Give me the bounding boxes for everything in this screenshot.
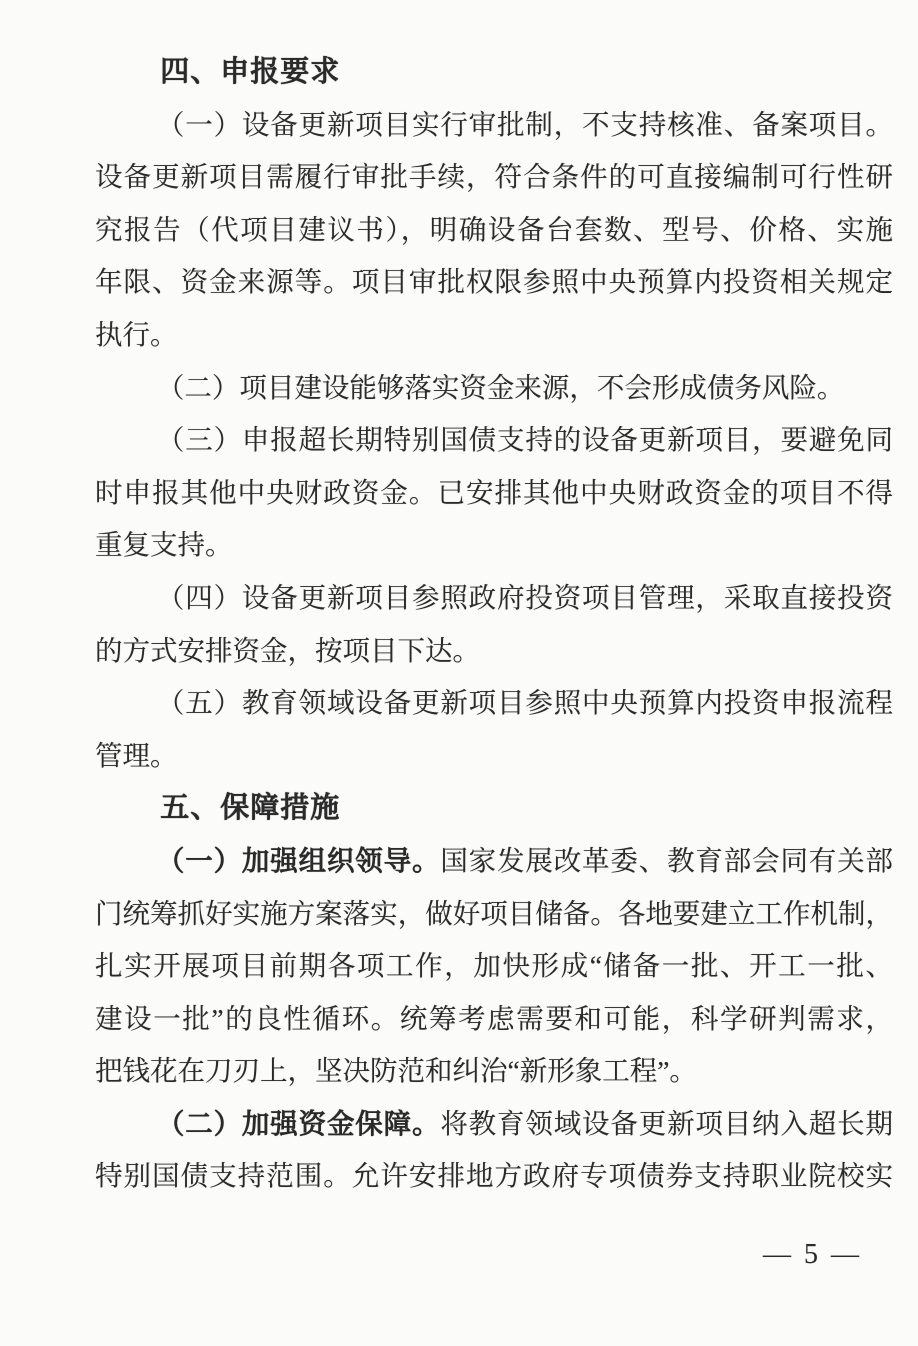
text-line: 扎实开展项目前期各项工作，加快形成“储备一批、开工一批、	[95, 940, 893, 993]
text-line: 究报告（代项目建议书），明确设备台套数、型号、价格、实施	[95, 204, 893, 257]
text-line: 把钱花在刀刃上，坚决防范和纠治“新形象工程”。	[95, 1045, 893, 1098]
text-line: 执行。	[95, 309, 893, 362]
text-line: 时申报其他中央财政资金。已安排其他中央财政资金的项目不得	[95, 467, 893, 520]
paragraph-lead: （一）加强组织领导。	[157, 845, 440, 876]
text-line: （五）教育领域设备更新项目参照中央预算内投资申报流程	[95, 677, 893, 730]
text-line: 特别国债支持范围。允许安排地方政府专项债券支持职业院校实	[95, 1150, 893, 1203]
section-heading-4: 四、申报要求	[95, 46, 893, 99]
text-column: 四、申报要求 （一）设备更新项目实行审批制，不支持核准、备案项目。 设备更新项目…	[0, 0, 918, 1203]
text-line: 管理。	[95, 730, 893, 783]
paragraph-text: 国家发展改革委、教育部会同有关部	[440, 845, 893, 876]
text-line: 的方式安排资金，按项目下达。	[95, 625, 893, 678]
text-line: 门统筹抓好实施方案落实，做好项目储备。各地要建立工作机制，	[95, 888, 893, 941]
paragraph-lead: （二）加强资金保障。	[157, 1108, 440, 1139]
page-number: — 5 —	[763, 1232, 862, 1278]
text-line: （二）项目建设能够落实资金来源，不会形成债务风险。	[95, 362, 893, 415]
text-line: 重复支持。	[95, 519, 893, 572]
section-heading-5: 五、保障措施	[95, 782, 893, 835]
text-line: （一）加强组织领导。国家发展改革委、教育部会同有关部	[95, 835, 893, 888]
text-line: 设备更新项目需履行审批手续，符合条件的可直接编制可行性研	[95, 151, 893, 204]
text-line: 年限、资金来源等。项目审批权限参照中央预算内投资相关规定	[95, 256, 893, 309]
paragraph-text: 将教育领域设备更新项目纳入超长期	[440, 1108, 893, 1139]
text-line: 建设一批”的良性循环。统筹考虑需要和可能，科学研判需求，	[95, 993, 893, 1046]
text-line: （二）加强资金保障。将教育领域设备更新项目纳入超长期	[95, 1098, 893, 1151]
text-line: （一）设备更新项目实行审批制，不支持核准、备案项目。	[95, 99, 893, 152]
text-line: （三）申报超长期特别国债支持的设备更新项目，要避免同	[95, 414, 893, 467]
document-page: 四、申报要求 （一）设备更新项目实行审批制，不支持核准、备案项目。 设备更新项目…	[0, 0, 918, 1346]
text-line: （四）设备更新项目参照政府投资项目管理，采取直接投资	[95, 572, 893, 625]
